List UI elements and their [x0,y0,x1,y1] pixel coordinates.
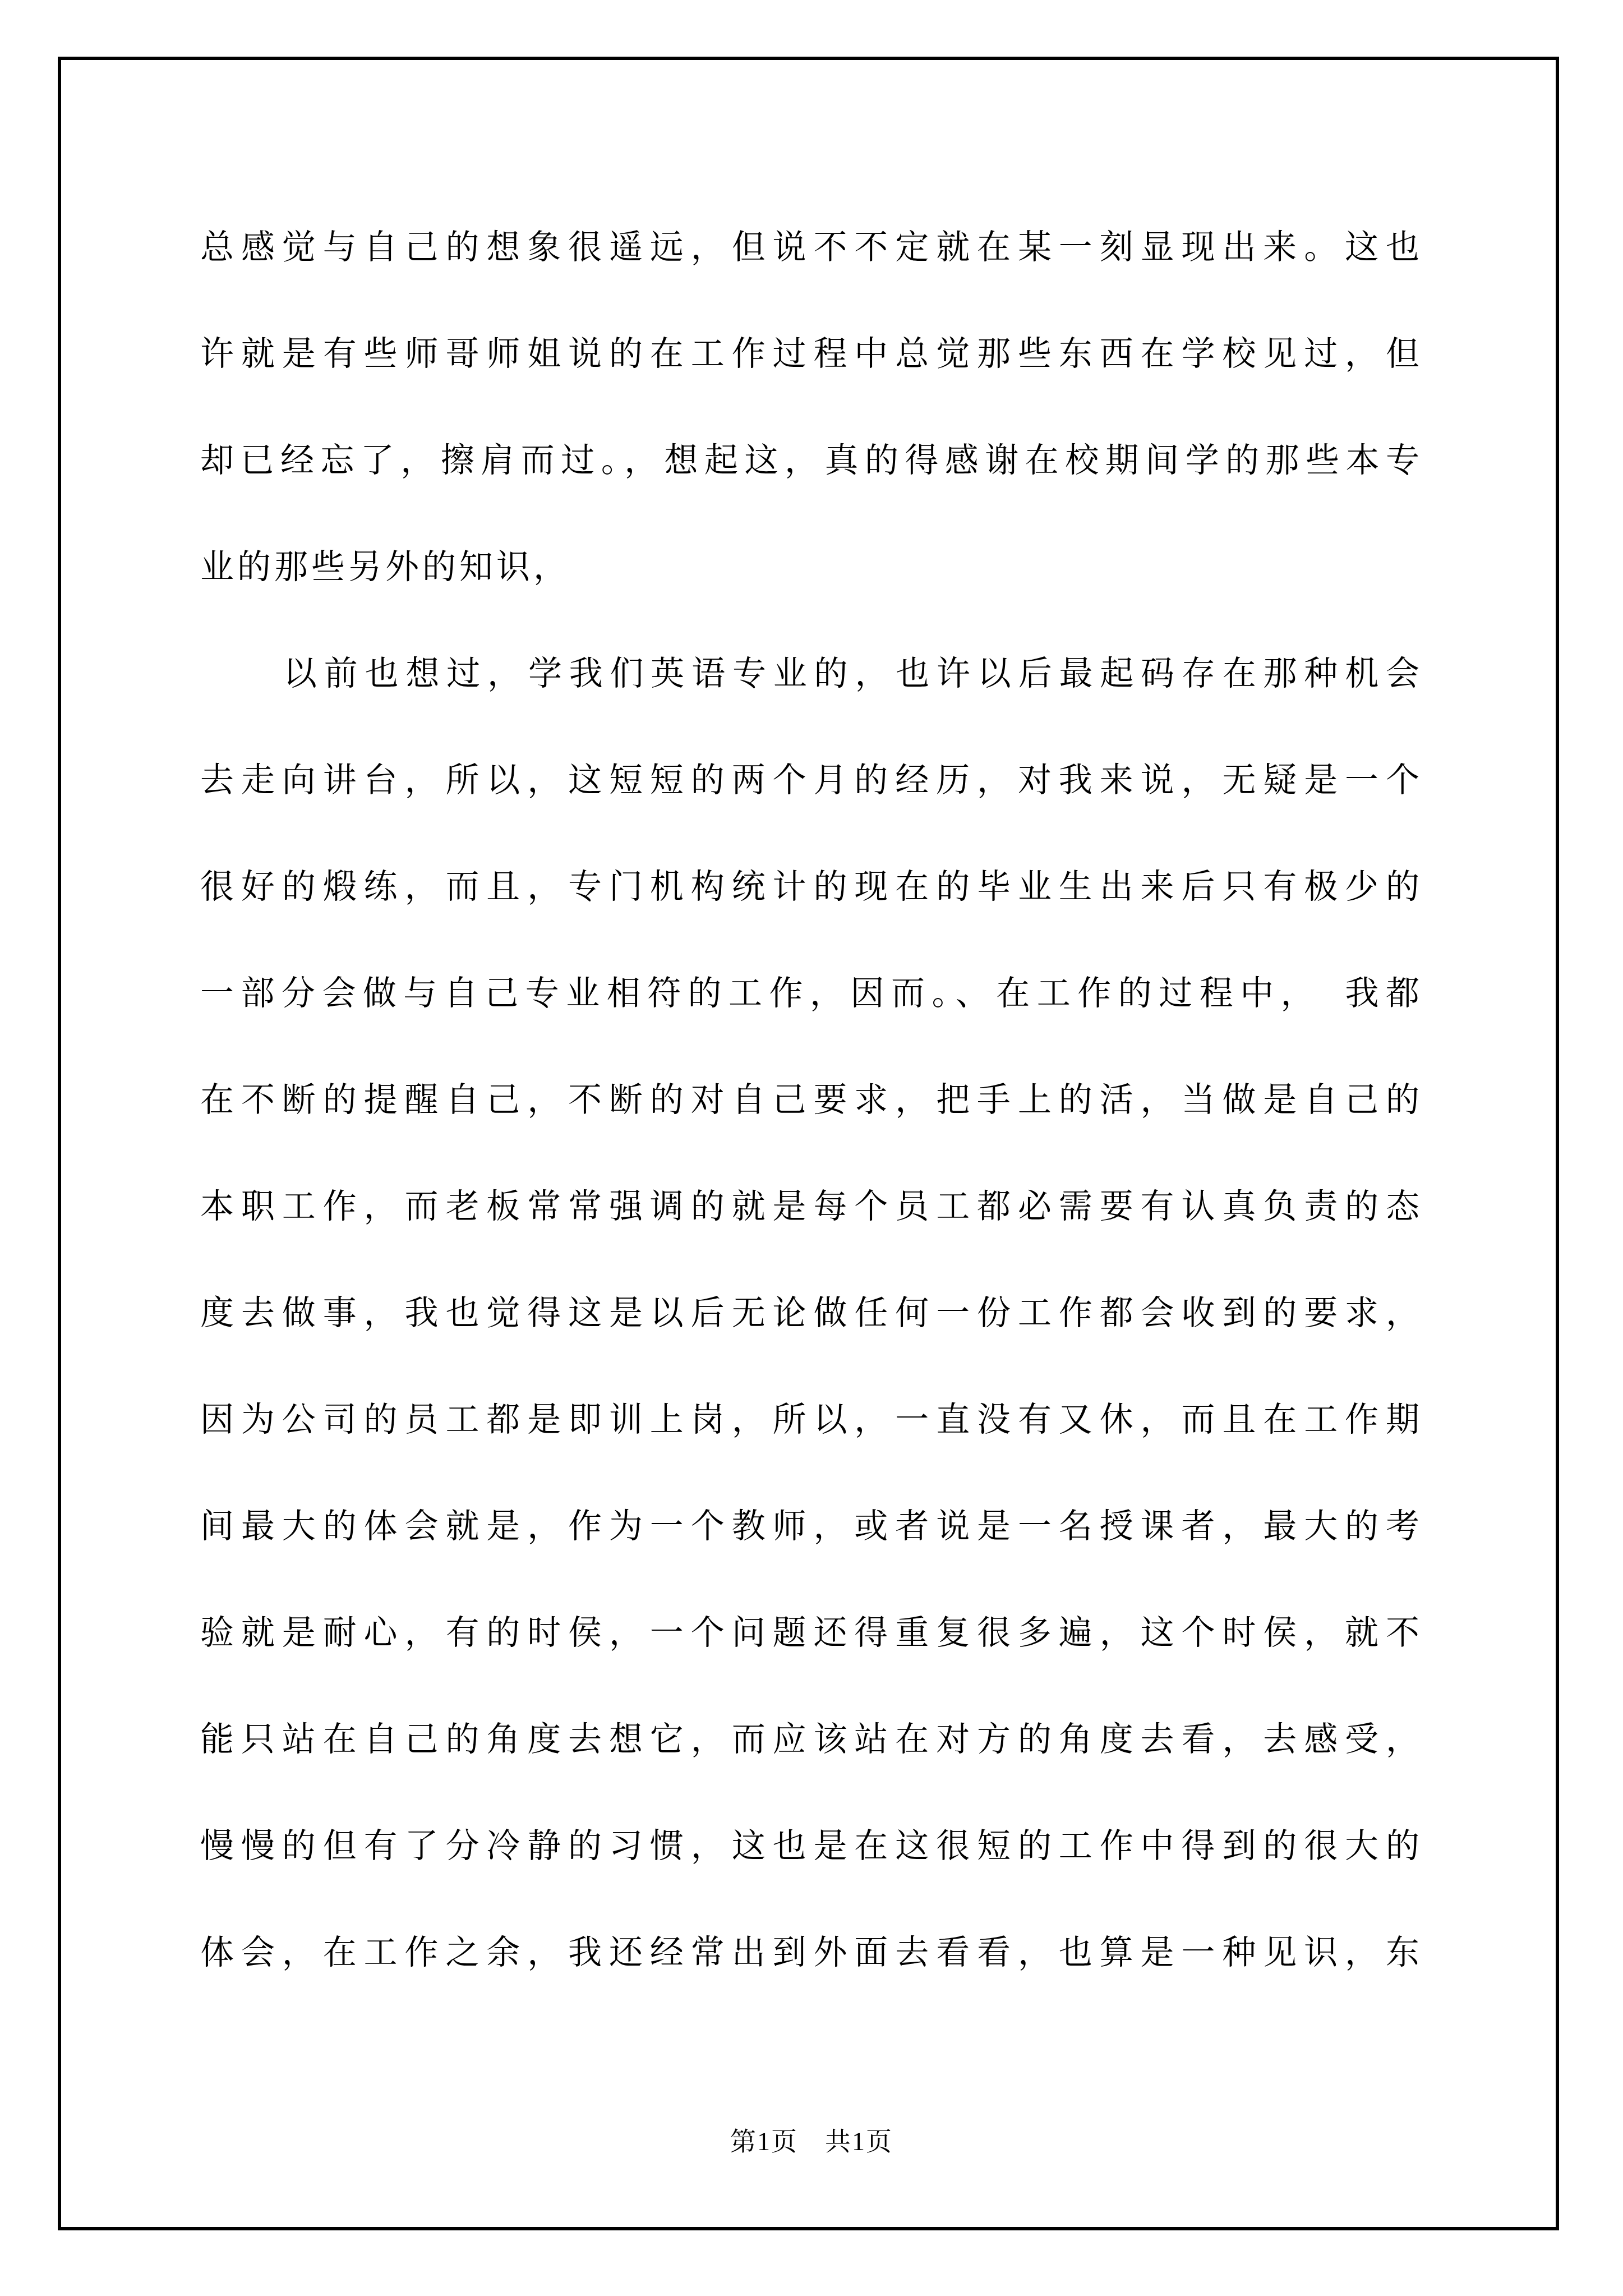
text-line: 以前也想过，学我们英语专业的，也许以后最起码存在那种机会 [200,620,1423,727]
text-line: 许就是有些师哥师姐说的在工作过程中总觉那些东西在学校见过，但 [200,301,1423,407]
text-line: 间最大的体会就是，作为一个教师，或者说是一名授课者，最大的考 [200,1473,1423,1580]
text-line: 去走向讲台，所以，这短短的两个月的经历，对我来说，无疑是一个 [200,727,1423,834]
document-page: 总感觉与自己的想象很遥远，但说不不定就在某一刻显现出来。这也 许就是有些师哥师姐… [0,0,1623,2296]
text-line: 一部分会做与自己专业相符的工作，因而。、在工作的过程中， 我都 [200,940,1423,1047]
document-body: 总感觉与自己的想象很遥远，但说不不定就在某一刻显现出来。这也 许就是有些师哥师姐… [200,194,1423,2006]
page-footer: 第1页 共1页 [0,2126,1623,2157]
text-line: 慢慢的但有了分冷静的习惯，这也是在这很短的工作中得到的很大的 [200,1793,1423,1899]
text-line: 因为公司的员工都是即训上岗，所以，一直没有又休，而且在工作期 [200,1366,1423,1473]
text-line: 本职工作，而老板常常强调的就是每个员工都必需要有认真负责的态 [200,1153,1423,1260]
text-line: 体会，在工作之余，我还经常出到外面去看看，也算是一种见识，东 [200,1899,1423,2006]
text-line: 能只站在自己的角度去想它，而应该站在对方的角度去看，去感受， [200,1686,1423,1793]
text-line: 在不断的提醒自己，不断的对自己要求，把手上的活，当做是自己的 [200,1047,1423,1153]
text-line: 度去做事，我也觉得这是以后无论做任何一份工作都会收到的要求， [200,1260,1423,1366]
text-line: 总感觉与自己的想象很遥远，但说不不定就在某一刻显现出来。这也 [200,194,1423,301]
text-line: 却已经忘了，擦肩而过。，想起这，真的得感谢在校期间学的那些本专 [200,407,1423,514]
text-line: 验就是耐心，有的时侯，一个问题还得重复很多遍，这个时侯，就不 [200,1580,1423,1686]
text-line: 业的那些另外的知识， [200,514,1423,620]
text-line: 很好的煅练，而且，专门机构统计的现在的毕业生出来后只有极少的 [200,834,1423,940]
